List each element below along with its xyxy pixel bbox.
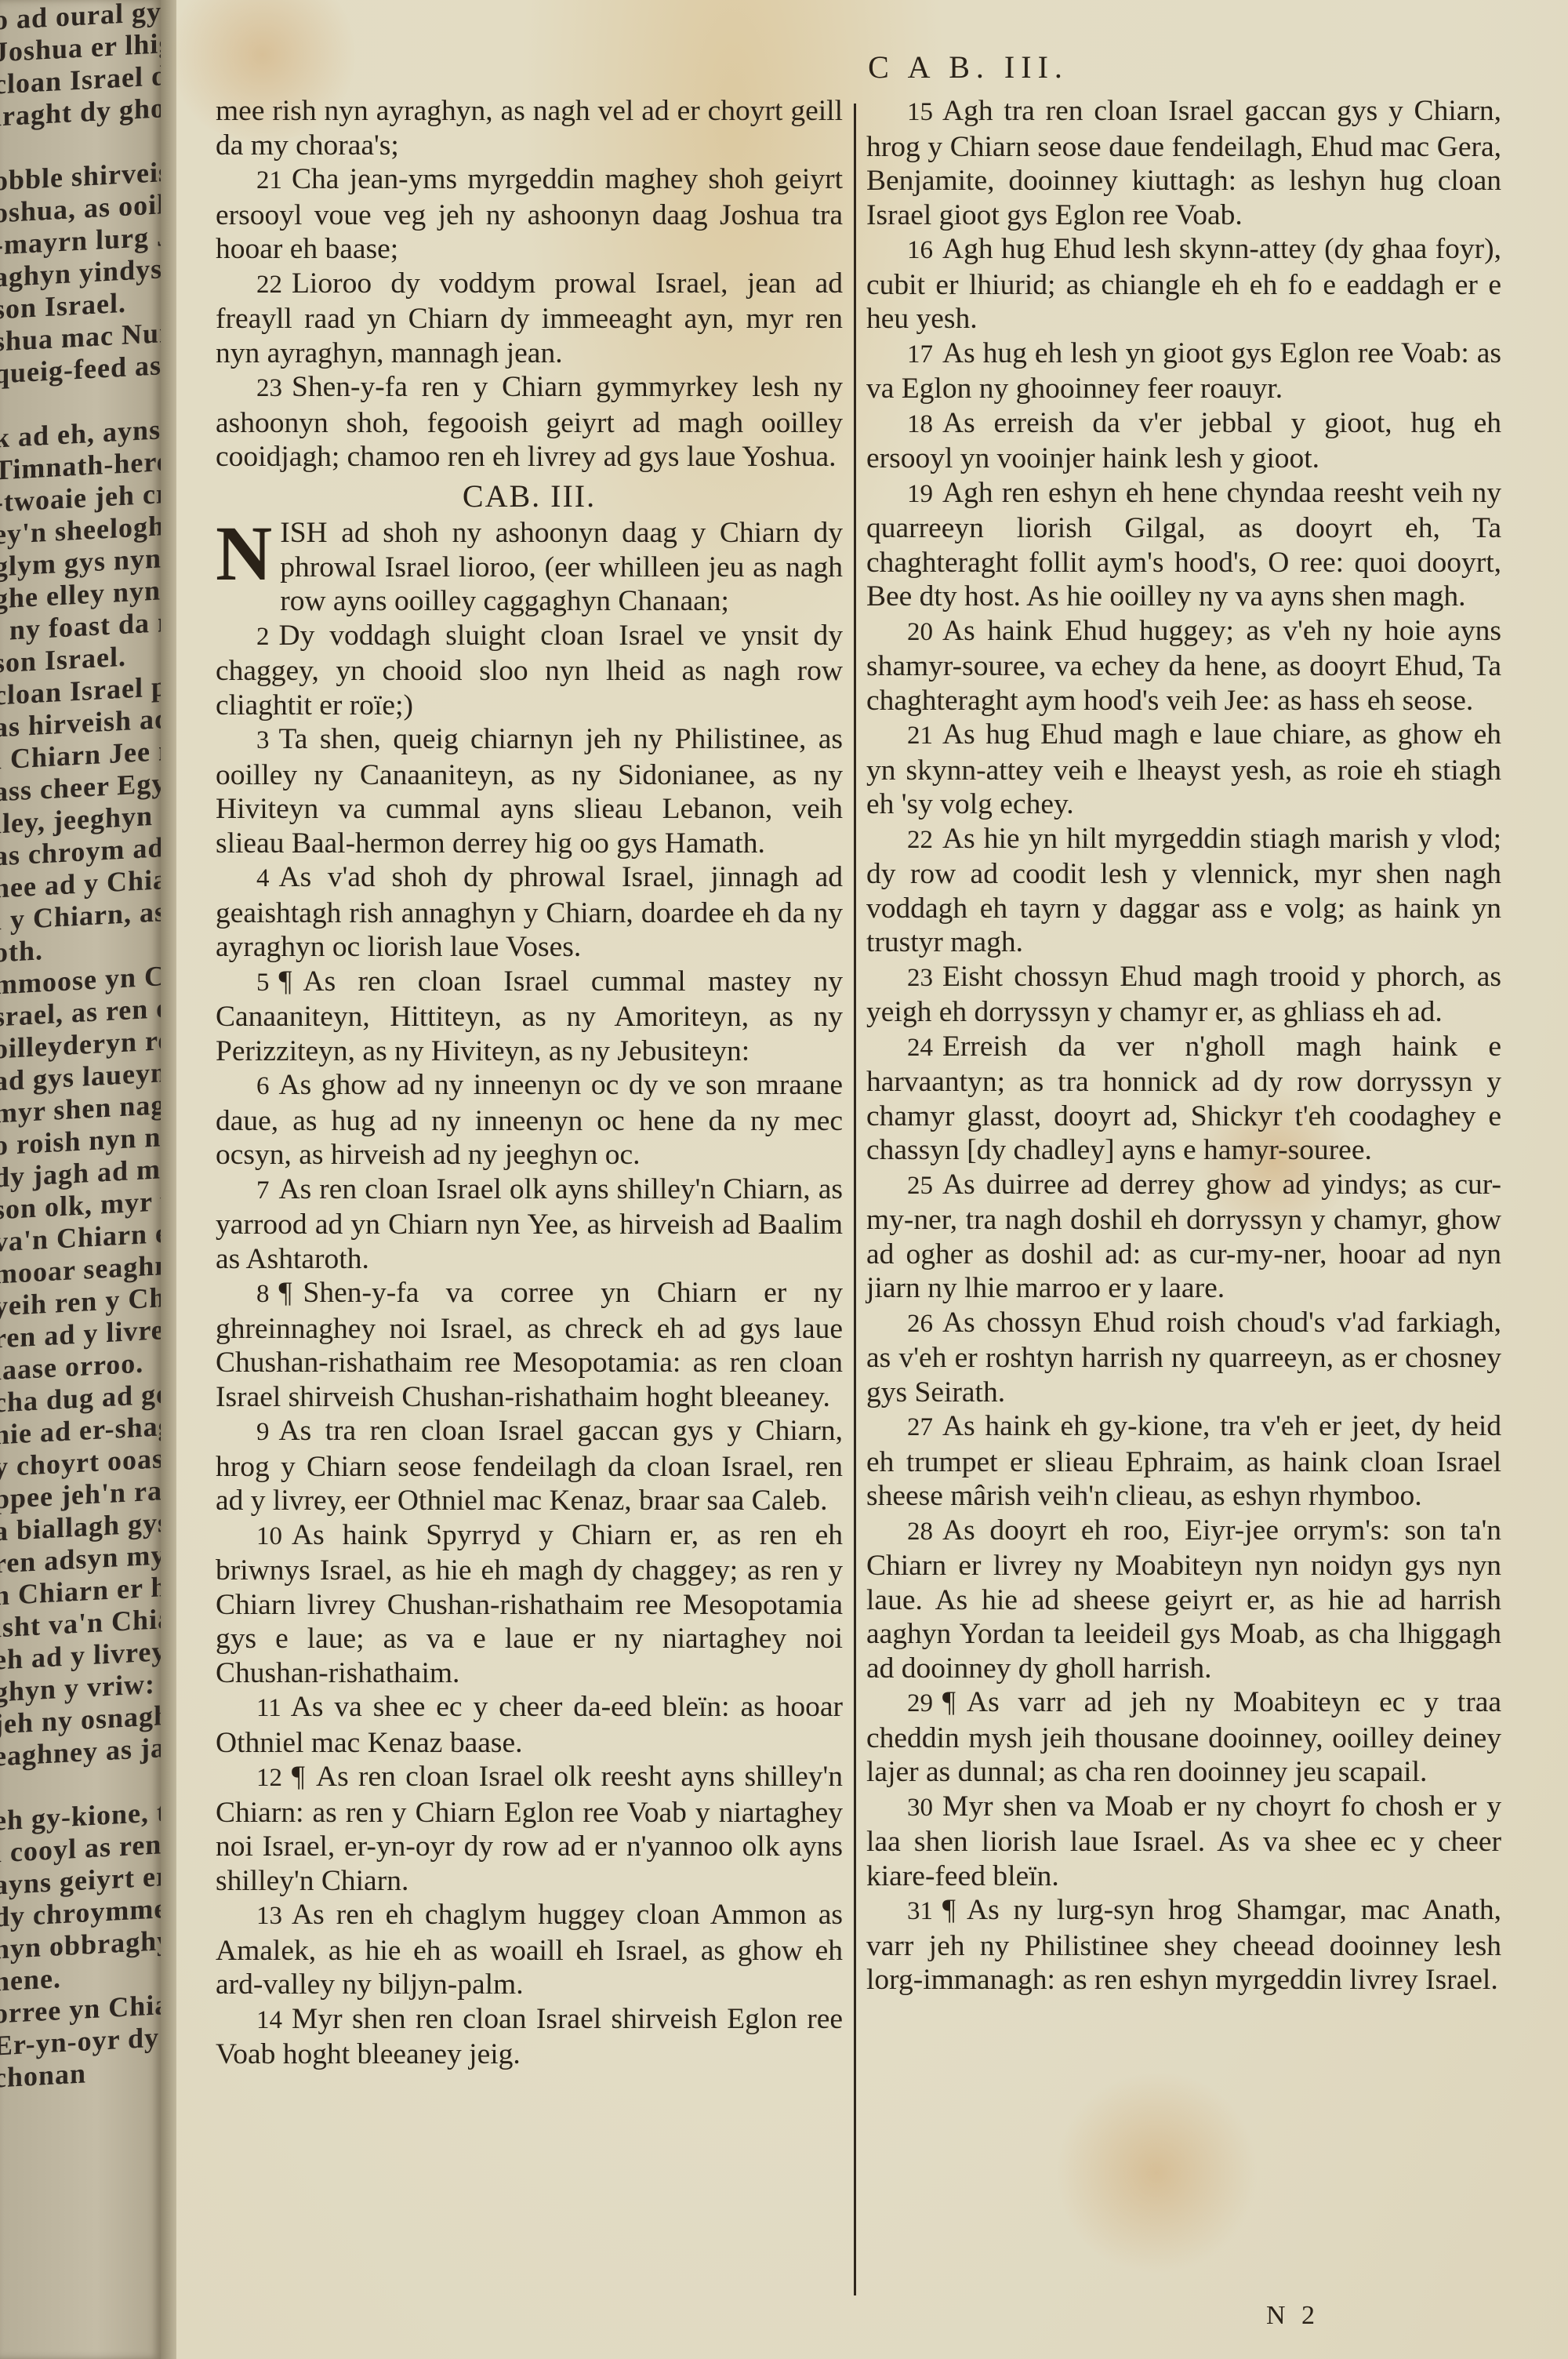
verse-7: 7As ren cloan Israel olk ayns shilley'n … bbox=[216, 1172, 843, 1277]
continuation-text: mee rish nyn ayraghyn, as nagh vel ad er… bbox=[216, 94, 843, 162]
pilcrow-icon: ¶ bbox=[942, 1686, 956, 1718]
verse-number: 28 bbox=[907, 1518, 933, 1546]
verse-number: 31 bbox=[907, 1897, 933, 1925]
verse-text: As v'ad shoh dy phrowal Israel, jinnagh … bbox=[216, 861, 843, 963]
verse-text: Dy voddagh sluight cloan Israel ve ynsit… bbox=[216, 620, 843, 722]
verse-13: 13As ren eh chaglym huggey cloan Ammon a… bbox=[216, 1898, 843, 2002]
verse-text: As va shee ec y cheer da-eed bleïn: as h… bbox=[216, 1691, 843, 1759]
verse-22: 22Lioroo dy voddym prowal Israel, jean a… bbox=[216, 267, 843, 371]
verse-14: 14Myr shen ren cloan Israel shirveish Eg… bbox=[216, 2002, 843, 2072]
verse-text: Ta shen, queig chiarnyn jeh ny Philistin… bbox=[216, 723, 843, 860]
verse-text: ISH ad shoh ny ashoonyn daag y Chiarn dy… bbox=[280, 517, 843, 617]
verse-text: As ren cloan Israel olk ayns shilley'n C… bbox=[216, 1173, 843, 1275]
verse-number: 15 bbox=[907, 98, 933, 126]
verse-text: As ghow ad ny inneenyn oc dy ve son mraa… bbox=[216, 1069, 843, 1171]
verse-text: As chossyn Ehud roish choud's v'ad farki… bbox=[866, 1307, 1501, 1408]
verse-29: 29¶As varr ad jeh ny Moabiteyn ec y traa… bbox=[866, 1685, 1501, 1790]
verse-8: 8¶Shen-y-fa va corree yn Chiarn er ny gh… bbox=[216, 1276, 843, 1414]
foxing-stain bbox=[1054, 2070, 1258, 2274]
verse-number: 4 bbox=[256, 864, 270, 892]
verse-text: Agh ren eshyn eh hene chyndaa reesht vei… bbox=[866, 477, 1501, 613]
pilcrow-icon: ¶ bbox=[279, 1277, 292, 1309]
verse-number: 25 bbox=[907, 1172, 933, 1200]
verse-text: As erreish da v'er jebbal y gioot, hug e… bbox=[866, 407, 1501, 475]
verse-text: As dooyrt eh roo, Eiyr-jee orrym's: son … bbox=[866, 1514, 1501, 1685]
verse-number: 21 bbox=[256, 166, 282, 194]
verse-number: 26 bbox=[907, 1310, 933, 1338]
verse-27: 27As haink eh gy-kione, tra v'eh er jeet… bbox=[866, 1409, 1501, 1514]
verse-number: 2 bbox=[256, 623, 270, 651]
verse-number: 14 bbox=[256, 2006, 282, 2034]
verse-number: 3 bbox=[256, 726, 270, 754]
verse-number: 6 bbox=[256, 1072, 270, 1100]
verse-text: Lioroo dy voddym prowal Israel, jean ad … bbox=[216, 267, 843, 369]
verse-number: 22 bbox=[256, 271, 282, 299]
verse-16: 16Agh hug Ehud lesh skynn-attey (dy ghaa… bbox=[866, 232, 1501, 336]
pilcrow-icon: ¶ bbox=[279, 965, 292, 998]
verse-text: As hug Ehud magh e laue chiare, as ghow … bbox=[866, 718, 1501, 820]
pilcrow-icon: ¶ bbox=[942, 1894, 956, 1926]
verse-3: 3Ta shen, queig chiarnyn jeh ny Philisti… bbox=[216, 722, 843, 860]
verse-text: As ren cloan Israel cummal mastey ny Can… bbox=[216, 965, 843, 1067]
verse-text: Myr shen ren cloan Israel shirveish Eglo… bbox=[216, 2003, 843, 2071]
verse-2: 2Dy voddagh sluight cloan Israel ve ynsi… bbox=[216, 619, 843, 723]
verse-number: 9 bbox=[256, 1418, 270, 1446]
verse-23: 23Shen-y-fa ren y Chiarn gymmyrkey lesh … bbox=[216, 370, 843, 474]
previous-chapter-verses: 21Cha jean-yms myrgeddin maghey shoh gei… bbox=[216, 162, 843, 474]
pilcrow-icon: ¶ bbox=[292, 1761, 305, 1793]
verse-4: 4As v'ad shoh dy phrowal Israel, jinnagh… bbox=[216, 860, 843, 965]
left-verse-list: 2Dy voddagh sluight cloan Israel ve ynsi… bbox=[216, 619, 843, 2072]
verse-15: 15Agh tra ren cloan Israel gaccan gys y … bbox=[866, 94, 1501, 232]
chapter-heading: CAB. III. bbox=[216, 479, 843, 514]
verse-number: 21 bbox=[907, 722, 933, 750]
verse-number: 12 bbox=[256, 1764, 282, 1792]
verse-26: 26As chossyn Ehud roish choud's v'ad far… bbox=[866, 1306, 1501, 1410]
verse-text: Shen-y-fa va corree yn Chiarn er ny ghre… bbox=[216, 1277, 843, 1413]
verse-number: 19 bbox=[907, 480, 933, 508]
verse-number: 30 bbox=[907, 1794, 933, 1822]
verse-1: NISH ad shoh ny ashoonyn daag y Chiarn d… bbox=[216, 516, 843, 619]
verse-31: 31¶As ny lurg-syn hrog Shamgar, mac Anat… bbox=[866, 1893, 1501, 1997]
verse-number: 23 bbox=[907, 964, 933, 992]
verse-text: As haink Ehud huggey; as v'eh ny hoie ay… bbox=[866, 615, 1501, 717]
verse-number: 11 bbox=[256, 1694, 281, 1722]
verse-17: 17As hug eh lesh yn gioot gys Eglon ree … bbox=[866, 336, 1501, 406]
verse-21: 21Cha jean-yms myrgeddin maghey shoh gei… bbox=[216, 162, 843, 267]
verse-number: 24 bbox=[907, 1034, 933, 1062]
verse-18: 18As erreish da v'er jebbal y gioot, hug… bbox=[866, 406, 1501, 476]
verse-number: 7 bbox=[256, 1176, 270, 1205]
verse-text: As ny lurg-syn hrog Shamgar, mac Anath, … bbox=[866, 1894, 1501, 1996]
verse-number: 17 bbox=[907, 340, 933, 369]
column-rule bbox=[854, 104, 856, 2295]
verse-12: 12¶As ren cloan Israel olk reesht ayns s… bbox=[216, 1760, 843, 1898]
verse-number: 13 bbox=[256, 1902, 282, 1930]
verse-number: 22 bbox=[907, 826, 933, 854]
verse-number: 10 bbox=[256, 1522, 282, 1550]
verse-number: 20 bbox=[907, 618, 933, 646]
verse-text: As ren eh chaglym huggey cloan Ammon as … bbox=[216, 1899, 843, 2001]
verse-5: 5¶As ren cloan Israel cummal mastey ny C… bbox=[216, 965, 843, 1069]
verse-20: 20As haink Ehud huggey; as v'eh ny hoie … bbox=[866, 614, 1501, 718]
verse-text: As haink eh gy-kione, tra v'eh er jeet, … bbox=[866, 1410, 1501, 1512]
signature-mark: N 2 bbox=[1266, 2301, 1319, 2331]
verse-text: Agh tra ren cloan Israel gaccan gys y Ch… bbox=[866, 95, 1501, 231]
verse-28: 28As dooyrt eh roo, Eiyr-jee orrym's: so… bbox=[866, 1514, 1501, 1686]
verse-text: As tra ren cloan Israel gaccan gys y Chi… bbox=[216, 1415, 843, 1517]
verse-10: 10As haink Spyrryd y Chiarn er, as ren e… bbox=[216, 1518, 843, 1691]
book-page: C A B. III. mee rish nyn ayraghyn, as na… bbox=[176, 0, 1568, 2359]
verse-23: 23Eisht chossyn Ehud magh trooid y phorc… bbox=[866, 960, 1501, 1030]
left-column: mee rish nyn ayraghyn, as nagh vel ad er… bbox=[216, 94, 843, 2072]
verse-text: As ren cloan Israel olk reesht ayns shil… bbox=[216, 1761, 843, 1897]
verse-21: 21As hug Ehud magh e laue chiare, as gho… bbox=[866, 718, 1501, 822]
verse-number: 23 bbox=[256, 374, 282, 402]
verse-number: 29 bbox=[907, 1689, 933, 1717]
verse-24: 24Erreish da ver n'gholl magh haink e ha… bbox=[866, 1030, 1501, 1168]
right-verse-list: 15Agh tra ren cloan Israel gaccan gys y … bbox=[866, 94, 1501, 1997]
verse-text: As haink Spyrryd y Chiarn er, as ren eh … bbox=[216, 1519, 843, 1689]
verse-text: Cha jean-yms myrgeddin maghey shoh geiyr… bbox=[216, 163, 843, 265]
running-head: C A B. III. bbox=[772, 49, 1164, 85]
verse-number: 27 bbox=[907, 1413, 933, 1441]
verse-number: 16 bbox=[907, 236, 933, 264]
verse-text: Eisht chossyn Ehud magh trooid y phorch,… bbox=[866, 961, 1501, 1029]
verse-text: As hie yn hilt myrgeddin stiagh marish y… bbox=[866, 823, 1501, 959]
drop-cap: N bbox=[216, 521, 272, 587]
verse-9: 9As tra ren cloan Israel gaccan gys y Ch… bbox=[216, 1414, 843, 1518]
verse-text: Erreish da ver n'gholl magh haink e harv… bbox=[866, 1030, 1501, 1167]
verse-19: 19Agh ren eshyn eh hene chyndaa reesht v… bbox=[866, 476, 1501, 614]
verse-text: Agh hug Ehud lesh skynn-attey (dy ghaa f… bbox=[866, 233, 1501, 335]
verse-22: 22As hie yn hilt myrgeddin stiagh marish… bbox=[866, 822, 1501, 960]
verse-25: 25As duirree ad derrey ghow ad yindys; a… bbox=[866, 1168, 1501, 1306]
verse-11: 11As va shee ec y cheer da-eed bleïn: as… bbox=[216, 1690, 843, 1760]
facing-page-sliver: o ad oural gys y CJoshua er lhiggeycloan… bbox=[0, 0, 161, 2359]
verse-6: 6As ghow ad ny inneenyn oc dy ve son mra… bbox=[216, 1068, 843, 1172]
verse-text: Shen-y-fa ren y Chiarn gymmyrkey lesh ny… bbox=[216, 371, 843, 473]
verse-number: 8 bbox=[256, 1280, 270, 1308]
verse-text: As hug eh lesh yn gioot gys Eglon ree Vo… bbox=[866, 337, 1501, 405]
verse-text: Myr shen va Moab er ny choyrt fo chosh e… bbox=[866, 1790, 1501, 1892]
verse-30: 30Myr shen va Moab er ny choyrt fo chosh… bbox=[866, 1790, 1501, 1894]
verse-text: As duirree ad derrey ghow ad yindys; as … bbox=[866, 1169, 1501, 1305]
verse-text: As varr ad jeh ny Moabiteyn ec y traa ch… bbox=[866, 1686, 1501, 1788]
verse-number: 18 bbox=[907, 410, 933, 438]
verse-number: 5 bbox=[256, 969, 270, 997]
right-column: 15Agh tra ren cloan Israel gaccan gys y … bbox=[866, 94, 1501, 1997]
